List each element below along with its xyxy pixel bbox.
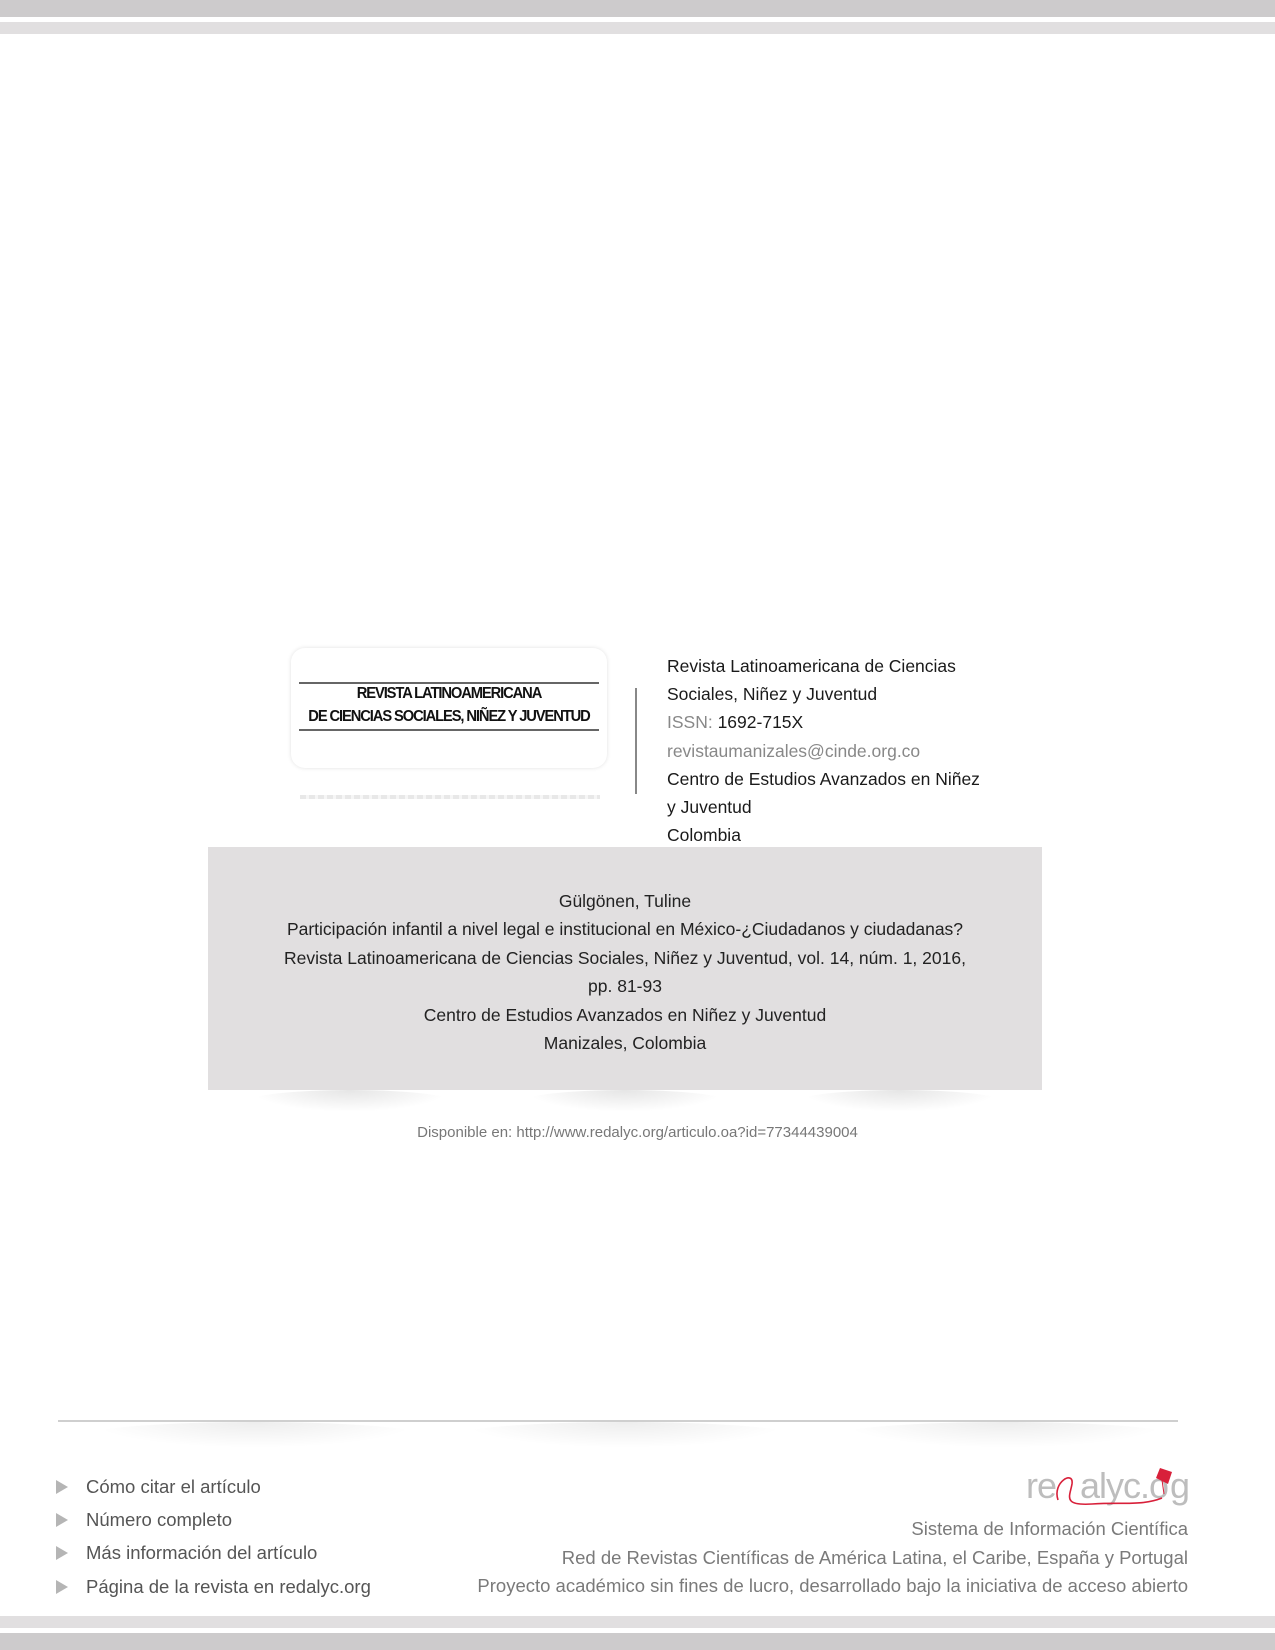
citation-publisher: Centro de Estudios Avanzados en Niñez y … [208, 1001, 1042, 1029]
publisher-line1: Centro de Estudios Avanzados en Niñez [667, 765, 1047, 793]
journal-country: Colombia [667, 821, 1047, 849]
journal-name-line2: Sociales, Niñez y Juventud [667, 680, 1047, 708]
triangle-right-icon [56, 1480, 68, 1494]
available-at: Disponible en: http://www.redalyc.org/ar… [0, 1124, 1275, 1141]
logo-rule [299, 682, 599, 684]
link-journal-page[interactable]: Página de la revista en redalyc.org [56, 1570, 371, 1603]
tagline-2: Red de Revistas Científicas de América L… [477, 1544, 1188, 1573]
logo-line1: REVISTA LATINOAMERICANA [304, 685, 595, 703]
top-band-dark [0, 0, 1275, 17]
journal-info: Revista Latinoamericana de Ciencias Soci… [667, 652, 1047, 849]
triangle-right-icon [56, 1546, 68, 1560]
footer-shadow [840, 1422, 1170, 1448]
citation-pages: pp. 81-93 [208, 972, 1042, 1000]
footer-links: Cómo citar el artículo Número completo M… [56, 1470, 371, 1603]
journal-logo: REVISTA LATINOAMERICANA DE CIENCIAS SOCI… [291, 648, 607, 768]
box-shadow [800, 1090, 1000, 1112]
bottom-band-dark [0, 1633, 1275, 1650]
box-shadow [250, 1090, 450, 1112]
svg-text:g: g [1170, 1465, 1190, 1506]
journal-email[interactable]: revistaumanizales@cinde.org.co [667, 737, 1047, 765]
redalyc-kite-icon: re alyc.o g [1022, 1462, 1192, 1510]
available-label: Disponible en: [417, 1124, 516, 1141]
citation-source: Revista Latinoamericana de Ciencias Soci… [208, 944, 1042, 972]
link-label[interactable]: Más información del artículo [86, 1542, 317, 1564]
box-shadow [525, 1090, 725, 1112]
article-url[interactable]: http://www.redalyc.org/articulo.oa?id=77… [516, 1124, 857, 1141]
link-label[interactable]: Número completo [86, 1509, 232, 1531]
svg-text:re: re [1026, 1465, 1056, 1506]
link-label[interactable]: Cómo citar el artículo [86, 1476, 261, 1498]
link-more-info[interactable]: Más información del artículo [56, 1537, 371, 1570]
link-label[interactable]: Página de la revista en redalyc.org [86, 1576, 371, 1598]
tagline-1: Sistema de Información Científica [477, 1515, 1188, 1544]
logo-faint-strip [300, 795, 600, 799]
journal-name-line1: Revista Latinoamericana de Ciencias [667, 652, 1047, 680]
redalyc-taglines: Sistema de Información Científica Red de… [477, 1515, 1188, 1601]
citation-author: Gülgönen, Tuline [208, 887, 1042, 915]
triangle-right-icon [56, 1513, 68, 1527]
citation-box: Gülgönen, Tuline Participación infantil … [208, 847, 1042, 1090]
link-how-to-cite[interactable]: Cómo citar el artículo [56, 1470, 371, 1503]
triangle-right-icon [56, 1580, 68, 1594]
citation-title: Participación infantil a nivel legal e i… [208, 915, 1042, 943]
issn: ISSN: 1692-715X [667, 708, 1047, 736]
issn-label: ISSN: [667, 712, 718, 732]
bottom-band-light [0, 1616, 1275, 1628]
publisher-line2: y Juventud [667, 793, 1047, 821]
citation-location: Manizales, Colombia [208, 1029, 1042, 1057]
tagline-3: Proyecto académico sin fines de lucro, d… [477, 1572, 1188, 1601]
vertical-divider [635, 688, 637, 794]
link-full-issue[interactable]: Número completo [56, 1503, 371, 1536]
issn-value: 1692-715X [718, 712, 804, 732]
logo-rule [299, 729, 599, 731]
top-band-light [0, 22, 1275, 34]
footer-shadow [460, 1422, 790, 1448]
logo-line2: DE CIENCIAS SOCIALES, NIÑEZ Y JUVENTUD [304, 708, 595, 726]
redalyc-logo[interactable]: re alyc.o g [1022, 1462, 1192, 1510]
footer-shadow [90, 1422, 420, 1448]
